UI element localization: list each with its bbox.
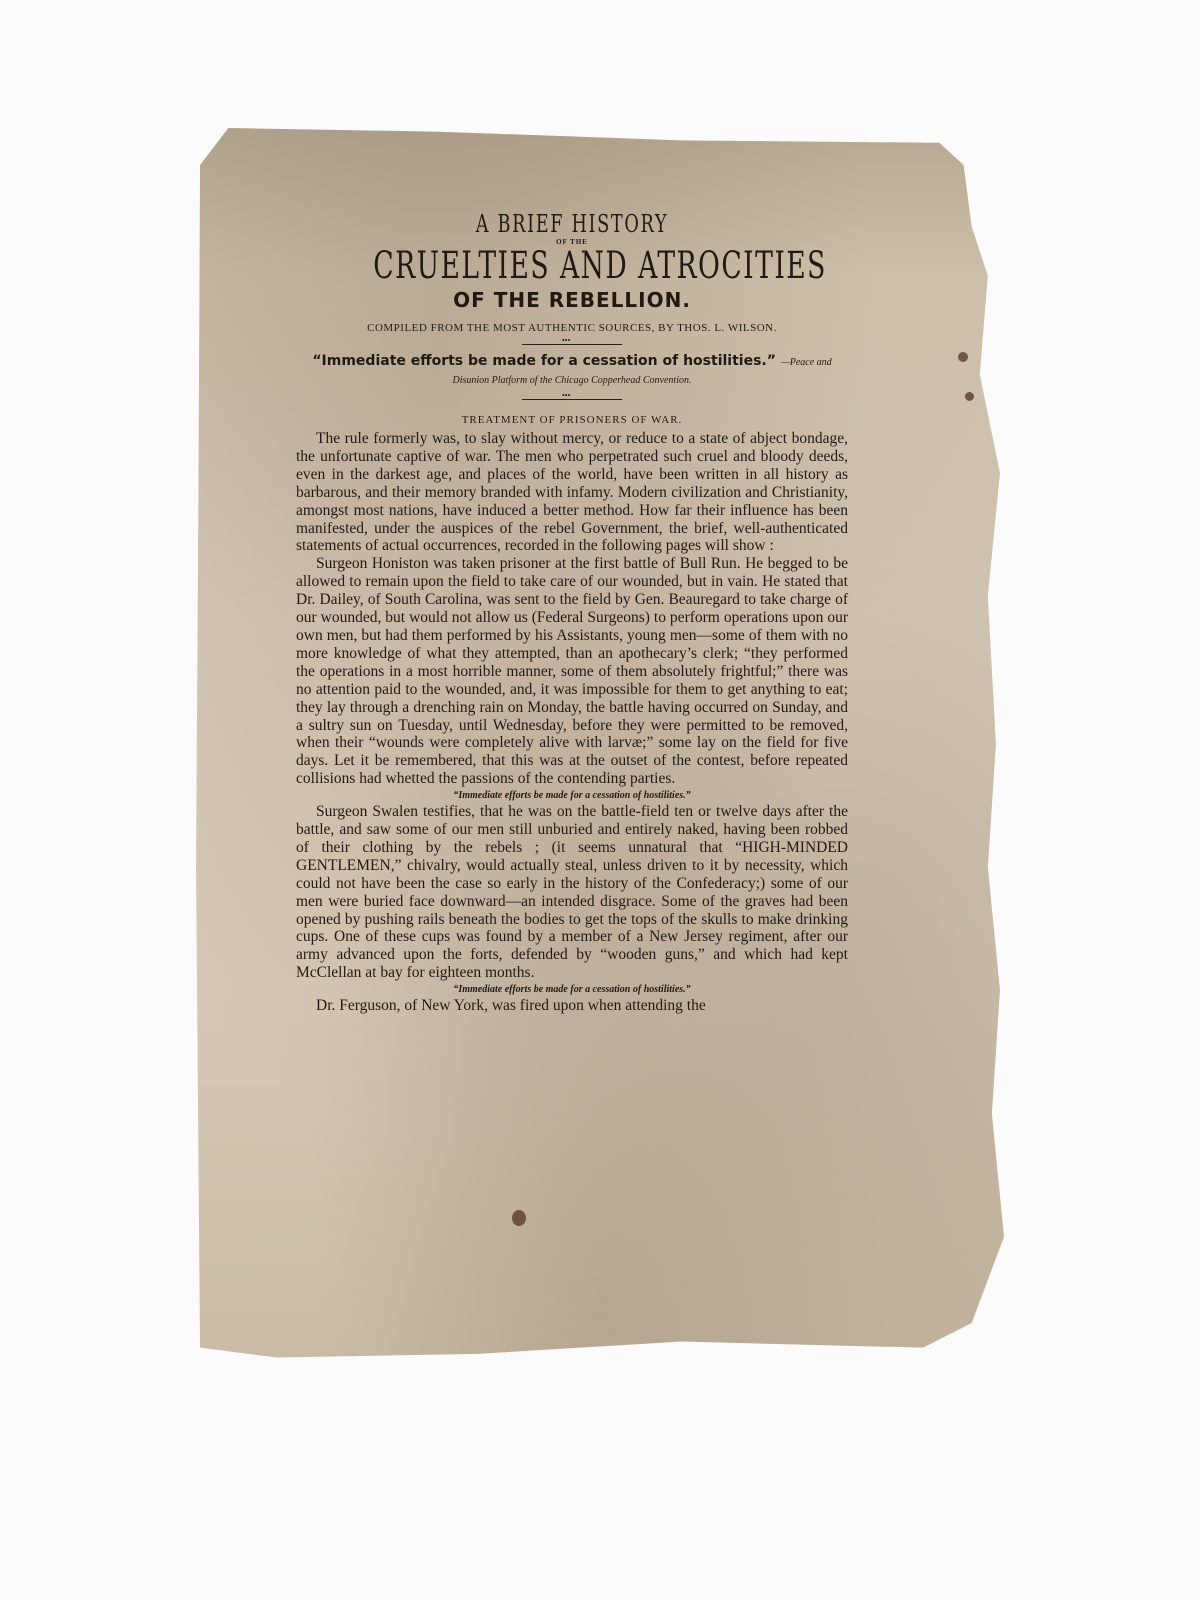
section-heading: TREATMENT OF PRISONERS OF WAR. — [296, 414, 848, 426]
ornamental-rule — [522, 399, 622, 400]
epigraph-quote: “Immediate efforts be made for a cessati… — [312, 353, 776, 369]
compiled-by: COMPILED FROM THE MOST AUTHENTIC SOURCES… — [296, 322, 848, 334]
paragraph: The rule formerly was, to slay without m… — [296, 430, 848, 555]
title-main: CRUELTIES AND ATROCITIES — [373, 246, 770, 286]
paragraph: Surgeon Honiston was taken prisoner at t… — [296, 555, 848, 788]
epigraph: “Immediate efforts be made for a cessati… — [296, 353, 848, 389]
title-line-1: A BRIEF HISTORY — [346, 210, 799, 238]
ink-stain — [958, 352, 968, 362]
title-subtitle: OF THE REBELLION. — [296, 288, 848, 312]
paragraph: Dr. Ferguson, of New York, was fired upo… — [296, 997, 848, 1015]
interlude-quote: “Immediate efforts be made for a cessati… — [296, 984, 848, 995]
ink-stain — [965, 392, 974, 401]
document-text: A BRIEF HISTORY OF THE CRUELTIES AND ATR… — [296, 210, 848, 1015]
photo-stage: A BRIEF HISTORY OF THE CRUELTIES AND ATR… — [0, 0, 1200, 1600]
interlude-quote: “Immediate efforts be made for a cessati… — [296, 790, 848, 801]
ornamental-rule — [522, 344, 622, 345]
ink-stain — [512, 1210, 526, 1226]
paragraph: Surgeon Swalen testifies, that he was on… — [296, 803, 848, 982]
